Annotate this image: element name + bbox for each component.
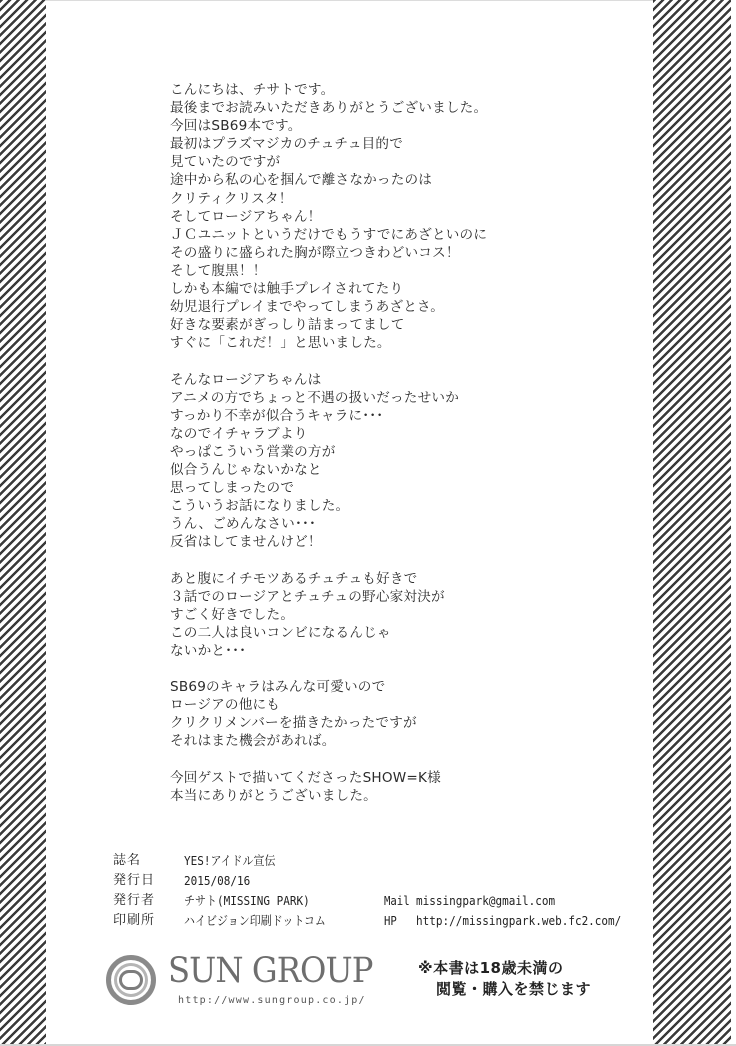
text-line: ＪＣユニットというだけでもうすでにあざといのに (170, 226, 630, 244)
text-line: そんなロージアちゃんは (170, 371, 630, 389)
colophon-value: YES!アイドル宣伝 (184, 851, 276, 871)
colophon-label: 発行日 (113, 871, 155, 891)
text-line: 途中から私の心を掴んで離さなかったのは (170, 171, 630, 189)
colophon-row-title: 誌名 YES!アイドル宣伝 (113, 851, 673, 871)
text-line: ３話でのロージアとチュチュの野心家対決が (170, 588, 630, 606)
logo-url: http://www.sungroup.co.jp/ (178, 995, 366, 1006)
colophon-label: 印刷所 (113, 911, 155, 931)
text-line: 今回ゲストで描いてくださったSHOW=K様 (170, 769, 630, 787)
hp-label: HP (384, 911, 397, 931)
text-line: 反省はしてませんけど！ (170, 533, 630, 551)
text-line: あと腹にイチモツあるチュチュも好きで (170, 570, 630, 588)
text-line: その盛りに盛られた胸が際立つきわどいコス！ (170, 244, 630, 262)
text-line: こんにちは、チサトです。 (170, 81, 630, 99)
paragraph: 今回ゲストで描いてくださったSHOW=K様 本当にありがとうございました。 (170, 769, 630, 805)
text-line: ロージアの他にも (170, 696, 630, 714)
text-line: アニメの方でちょっと不遇の扱いだったせいか (170, 389, 630, 407)
text-line: すっかり不幸が似合うキャラに･･･ (170, 407, 630, 425)
text-line: 最初はプラズマジカのチュチュ目的で (170, 135, 630, 153)
text-line: 好きな要素がぎっしり詰まってまして (170, 316, 630, 334)
colophon: 誌名 YES!アイドル宣伝 発行日 2015/08/16 発行者 チサト(MIS… (113, 851, 673, 931)
text-line: それはまた機会があれば。 (170, 732, 630, 750)
text-line: 思ってしまったので (170, 479, 630, 497)
paragraph: そんなロージアちゃんは アニメの方でちょっと不遇の扱いだったせいか すっかり不幸… (170, 371, 630, 552)
text-line: クリクリメンバーを描きたかったですが (170, 714, 630, 732)
colophon-label: 誌名 (113, 851, 141, 871)
text-line: そして腹黒！！ (170, 262, 630, 280)
paragraph: こんにちは、チサトです。 最後までお読みいただきありがとうございました。 今回は… (170, 81, 630, 352)
text-line: SB69のキャラはみんな可愛いので (170, 678, 630, 696)
paragraph: SB69のキャラはみんな可愛いので ロージアの他にも クリクリメンバーを描きたか… (170, 678, 630, 750)
text-line: すぐに「これだ！」と思いました。 (170, 334, 630, 352)
text-line: 似合うんじゃないかなと (170, 461, 630, 479)
decorative-border-left (0, 0, 46, 1046)
logo-name: SUN GROUP (168, 951, 372, 991)
colophon-value: 2015/08/16 (184, 871, 250, 891)
homepage-url: http://missingpark.web.fc2.com/ (416, 911, 621, 931)
text-line: そしてロージアちゃん！ (170, 208, 630, 226)
mail-address: missingpark@gmail.com (416, 891, 555, 911)
page-edge (46, 0, 653, 1)
text-line: この二人は良いコンビになるんじゃ (170, 624, 630, 642)
colophon-value: チサト(MISSING PARK) (184, 891, 310, 911)
text-line: うん、ごめんなさい･･･ (170, 515, 630, 533)
colophon-label: 発行者 (113, 891, 155, 911)
text-line: 本当にありがとうございました。 (170, 787, 630, 805)
text-line: クリティクリスタ！ (170, 190, 630, 208)
text-line: 最後までお読みいただきありがとうございました。 (170, 99, 630, 117)
text-line: すごく好きでした。 (170, 606, 630, 624)
printer-logo: SUN GROUP http://www.sungroup.co.jp/ (106, 951, 396, 1013)
notice-line: 閲覧・購入を禁じます (418, 979, 591, 1000)
text-line: やっぱこういう営業の方が (170, 443, 630, 461)
afterword-text: こんにちは、チサトです。 最後までお読みいただきありがとうございました。 今回は… (170, 81, 630, 823)
sun-group-logo-icon (106, 955, 156, 1005)
text-line: ないかと･･･ (170, 642, 630, 660)
age-restriction-notice: ※本書は18歳未満の 閲覧・購入を禁じます (418, 958, 591, 1000)
colophon-row-date: 発行日 2015/08/16 (113, 871, 673, 891)
text-line: なのでイチャラブより (170, 425, 630, 443)
text-line: こういうお話になりました。 (170, 497, 630, 515)
colophon-row-printer: 印刷所 ハイビジョン印刷ドットコム HP http://missingpark.… (113, 911, 673, 931)
notice-line: ※本書は18歳未満の (418, 959, 563, 977)
mail-label: Mail (384, 891, 410, 911)
text-line: 今回はSB69本です。 (170, 117, 630, 135)
text-line: しかも本編では触手プレイされてたり (170, 280, 630, 298)
paragraph: あと腹にイチモツあるチュチュも好きで ３話でのロージアとチュチュの野心家対決が … (170, 570, 630, 660)
text-line: 幼児退行プレイまでやってしまうあざとさ。 (170, 298, 630, 316)
colophon-value: ハイビジョン印刷ドットコム (184, 911, 326, 931)
text-line: 見ていたのですが (170, 153, 630, 171)
colophon-row-publisher: 発行者 チサト(MISSING PARK) Mail missingpark@g… (113, 891, 673, 911)
